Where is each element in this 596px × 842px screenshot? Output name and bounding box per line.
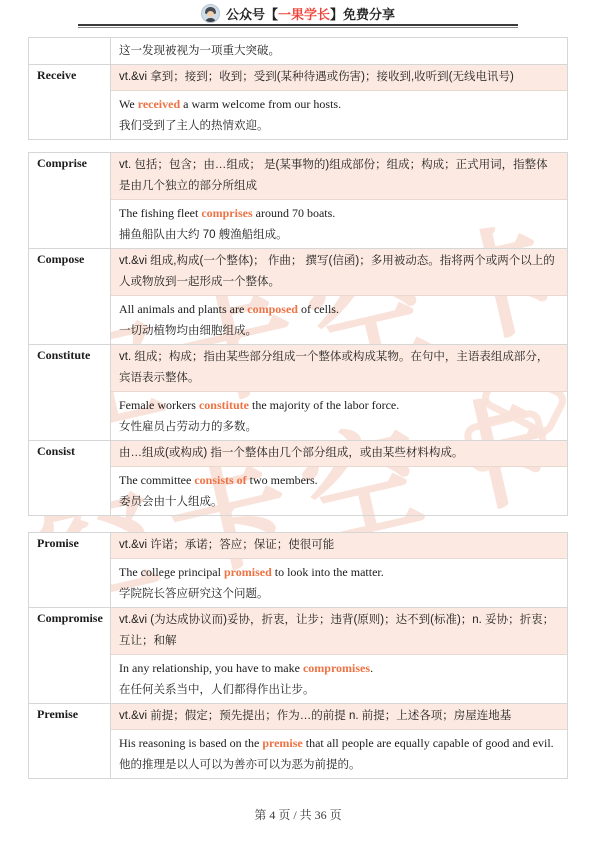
word-cell: Consist <box>29 441 111 515</box>
word-block: Premisevt.&vi 前提；假定；预先提出；作为…的前提 n. 前提；上述… <box>29 703 567 778</box>
header-title-prefix: 公众号【 <box>226 7 278 22</box>
definition-row: vt. 组成；构成；指由某些部分组成一个整体或构成某物。在句中，主语表组成部分，… <box>111 345 567 392</box>
example-rows: In any relationship, you have to make co… <box>111 655 567 703</box>
highlighted-word: premise <box>262 736 302 750</box>
example-before: His reasoning is based on the <box>119 736 262 750</box>
example-translation-zh: 他的推理是以人可以为善亦可以为恶为前提的。 <box>119 754 559 776</box>
example-translation-zh: 女性雇员占劳动力的多数。 <box>119 416 559 438</box>
example-rows: His reasoning is based on the premise th… <box>111 730 567 778</box>
example-before: The committee <box>119 473 194 487</box>
page-header: 公众号【一果学长】免费分享 <box>0 3 596 23</box>
example-after: . <box>370 661 373 675</box>
word-cell: Premise <box>29 704 111 778</box>
highlighted-word: compromises <box>303 661 370 675</box>
example-sentence-en: His reasoning is based on the premise th… <box>119 732 559 754</box>
word-cell: Promise <box>29 533 111 607</box>
highlighted-word: composed <box>247 302 298 316</box>
example-translation-zh: 一切动植物均由细胞组成。 <box>119 320 559 342</box>
word-block: Promisevt.&vi 许诺；承诺；答应；保证；使很可能The colleg… <box>29 533 567 607</box>
word-block: Comprisevt. 包括；包含；由…组成； 是(某事物的)组成部份；组成；构… <box>29 153 567 248</box>
example-after: the majority of the labor force. <box>249 398 399 412</box>
example-rows: The college principal promised to look i… <box>111 559 567 607</box>
example-sentence-en: The committee consists of two members. <box>119 469 559 491</box>
highlighted-word: constitute <box>199 398 249 412</box>
word-cell: Comprise <box>29 153 111 248</box>
word-block: Compromisevt.&vi (为达成协议而)妥协，折衷，让步；违背(原则)… <box>29 607 567 703</box>
example-sentence-en: All animals and plants are composed of c… <box>119 298 559 320</box>
highlighted-word: received <box>138 97 180 111</box>
example-after: to look into the matter. <box>272 565 384 579</box>
example-sentence-en: We received a warm welcome from our host… <box>119 93 559 115</box>
word-content: vt. 包括；包含；由…组成； 是(某事物的)组成部份；组成；构成；正式用词，指… <box>111 153 567 248</box>
avatar-face <box>207 11 214 17</box>
example-sentence-en: The fishing fleet comprises around 70 bo… <box>119 202 559 224</box>
definition-row: vt.&vi (为达成协议而)妥协，折衷，让步；违背(原则)；达不到(标准)；n… <box>111 608 567 655</box>
avatar-body <box>205 18 216 23</box>
vocab-table: 这一发现被视为一项重大突破。Receivevt.&vi 拿到；接到；收到；受到(… <box>28 37 568 140</box>
word-cell: Compromise <box>29 608 111 703</box>
example-rows: All animals and plants are composed of c… <box>111 296 567 344</box>
definition-row: 由…组成(或构成) 指一个整体由几个部分组成，或由某些材料构成。 <box>111 441 567 467</box>
page-number: 第 4 页 / 共 36 页 <box>0 806 596 823</box>
vocab-table: Promisevt.&vi 许诺；承诺；答应；保证；使很可能The colleg… <box>28 532 568 779</box>
example-after: of cells. <box>298 302 339 316</box>
word-label: Receive <box>37 68 76 82</box>
word-cell: Constitute <box>29 345 111 440</box>
example-before: We <box>119 97 138 111</box>
example-translation-zh: 捕鱼船队由大约 70 艘渔船组成。 <box>119 224 559 246</box>
example-translation-zh: 在任何关系当中，人们都得作出让步。 <box>119 679 559 701</box>
definition-row: vt.&vi 组成,构成(一个整体)； 作曲； 撰写(信函)；多用被动态。指将两… <box>111 249 567 296</box>
word-content: vt.&vi 许诺；承诺；答应；保证；使很可能The college princ… <box>111 533 567 607</box>
word-block: Constitutevt. 组成；构成；指由某些部分组成一个整体或构成某物。在句… <box>29 344 567 440</box>
word-content: vt.&vi 前提；假定；预先提出；作为…的前提 n. 前提；上述各项；房屋连地… <box>111 704 567 778</box>
example-rows: The committee consists of two members.委员… <box>111 467 567 515</box>
header-title-suffix: 】免费分享 <box>330 7 395 22</box>
example-sentence-en: Female workers constitute the majority o… <box>119 394 559 416</box>
example-rows: The fishing fleet comprises around 70 bo… <box>111 200 567 248</box>
example-rows: Female workers constitute the majority o… <box>111 392 567 440</box>
word-block: Consist由…组成(或构成) 指一个整体由几个部分组成，或由某些材料构成。T… <box>29 440 567 515</box>
vocab-table: Comprisevt. 包括；包含；由…组成； 是(某事物的)组成部份；组成；构… <box>28 152 568 516</box>
example-sentence-en: The college principal promised to look i… <box>119 561 559 583</box>
highlighted-word: comprises <box>201 206 252 220</box>
header-title: 公众号【一果学长】免费分享 <box>226 4 395 23</box>
example-before: The college principal <box>119 565 224 579</box>
highlighted-word: consists of <box>194 473 246 487</box>
example-before: In any relationship, you have to make <box>119 661 303 675</box>
highlighted-word: promised <box>224 565 272 579</box>
example-after: two members. <box>247 473 318 487</box>
word-cell: Compose <box>29 249 111 344</box>
example-translation-zh: 学院院长答应研究这个问题。 <box>119 583 559 605</box>
word-content: vt.&vi (为达成协议而)妥协，折衷，让步；违背(原则)；达不到(标准)；n… <box>111 608 567 703</box>
word-content: vt. 组成；构成；指由某些部分组成一个整体或构成某物。在句中，主语表组成部分，… <box>111 345 567 440</box>
example-rows: We received a warm welcome from our host… <box>111 91 567 139</box>
header-brand-name: 一果学长 <box>278 7 330 22</box>
word-content: vt.&vi 组成,构成(一个整体)； 作曲； 撰写(信函)；多用被动态。指将两… <box>111 249 567 344</box>
definition-row: vt.&vi 拿到；接到；收到；受到(某种待遇或伤害)；接收到,收听到(无线电讯… <box>111 65 567 91</box>
header-divider-rule <box>78 24 518 28</box>
word-label: Premise <box>37 707 78 721</box>
word-label: Compose <box>37 252 84 266</box>
example-after: a warm welcome from our hosts. <box>180 97 341 111</box>
example-translation-zh: 我们受到了主人的热情欢迎。 <box>119 115 559 137</box>
example-after: that all people are equally capable of g… <box>303 736 554 750</box>
word-label: Consist <box>37 444 75 458</box>
definition-row: vt.&vi 前提；假定；预先提出；作为…的前提 n. 前提；上述各项；房屋连地… <box>111 704 567 730</box>
word-label: Constitute <box>37 348 90 362</box>
word-cell <box>29 38 111 64</box>
word-cell: Receive <box>29 65 111 139</box>
example-before: All animals and plants are <box>119 302 247 316</box>
example-translation-zh: 委员会由十人组成。 <box>119 491 559 513</box>
example-rows: 这一发现被视为一项重大突破。 <box>111 38 567 64</box>
word-label: Compromise <box>37 611 103 625</box>
example-before: The fishing fleet <box>119 206 201 220</box>
word-block: 这一发现被视为一项重大突破。 <box>29 38 567 64</box>
word-content: 由…组成(或构成) 指一个整体由几个部分组成，或由某些材料构成。The comm… <box>111 441 567 515</box>
word-block: Composevt.&vi 组成,构成(一个整体)； 作曲； 撰写(信函)；多用… <box>29 248 567 344</box>
student-face-icon <box>201 4 220 23</box>
document-page: 空卡空卡 空卡空卡 公众号【一果学长】免费分享 这一发现被视为一项重大突破。Re… <box>0 0 596 842</box>
definition-row: vt. 包括；包含；由…组成； 是(某事物的)组成部份；组成；构成；正式用词，指… <box>111 153 567 200</box>
word-label: Comprise <box>37 156 87 170</box>
example-after: around 70 boats. <box>253 206 336 220</box>
word-content: vt.&vi 拿到；接到；收到；受到(某种待遇或伤害)；接收到,收听到(无线电讯… <box>111 65 567 139</box>
example-before: Female workers <box>119 398 199 412</box>
word-block: Receivevt.&vi 拿到；接到；收到；受到(某种待遇或伤害)；接收到,收… <box>29 64 567 139</box>
example-sentence-en: In any relationship, you have to make co… <box>119 657 559 679</box>
example-translation-zh: 这一发现被视为一项重大突破。 <box>119 40 559 62</box>
definition-row: vt.&vi 许诺；承诺；答应；保证；使很可能 <box>111 533 567 559</box>
word-content: 这一发现被视为一项重大突破。 <box>111 38 567 64</box>
word-label: Promise <box>37 536 79 550</box>
